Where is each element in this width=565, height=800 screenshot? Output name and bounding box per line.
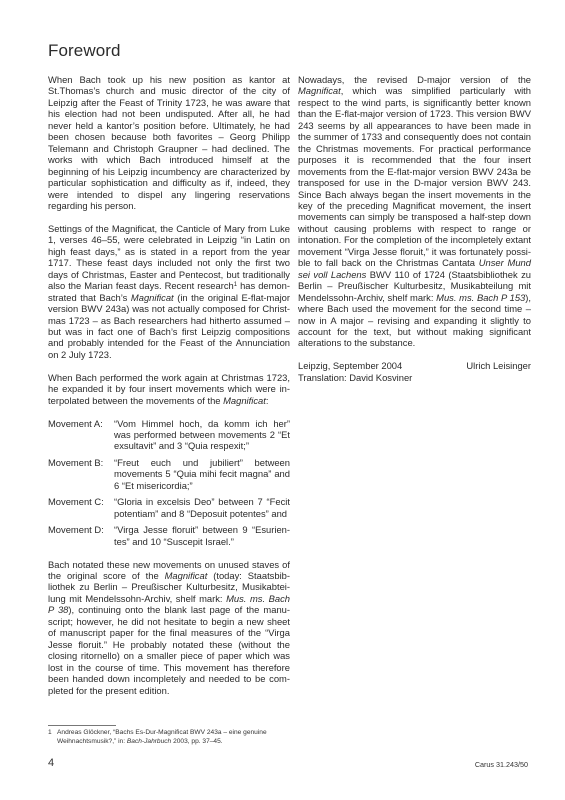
movement-text: “Freut euch und jubiliert” between movem… xyxy=(114,457,290,491)
author-name: Ulrich Leisinger xyxy=(466,360,531,371)
movement-item: Movement A: “Vom Himmel hoch, da komm ic… xyxy=(48,418,290,452)
italic-title: Bach-Jahrbuch xyxy=(127,738,171,745)
footnote-number: 1 xyxy=(48,729,57,746)
movement-item: Movement D: “Virga Jesse floruit” betwee… xyxy=(48,524,290,547)
movement-list: Movement A: “Vom Himmel hoch, da komm ic… xyxy=(48,418,290,548)
text-run: 2003, pp. 37–45. xyxy=(171,738,222,745)
left-column: When Bach took up his new position as ka… xyxy=(48,74,290,707)
right-column: Nowadays, the revised D-major version of… xyxy=(298,74,531,383)
paragraph-christmas: When Bach performed the work again at Ch… xyxy=(48,372,290,406)
movement-label: Movement B: xyxy=(48,457,114,491)
movement-item: Movement B: “Freut euch und jubiliert” b… xyxy=(48,457,290,491)
text-run: : xyxy=(266,395,269,406)
paragraph-intro: When Bach took up his new position as ka… xyxy=(48,74,290,211)
italic-title: Magnificat xyxy=(298,85,341,96)
movement-label: Movement A: xyxy=(48,418,114,452)
movement-text: “Vom Himmel hoch, da komm ich her” was p… xyxy=(114,418,290,452)
movement-label: Movement D: xyxy=(48,524,114,547)
italic-title: Magnificat xyxy=(165,570,208,581)
movement-text: “Gloria in excelsis Deo” between 7 “Feci… xyxy=(114,496,290,519)
translator-credit: Translation: David Kosviner xyxy=(298,372,531,383)
paragraph-notation: Bach notated these new movements on unus… xyxy=(48,559,290,696)
movement-text: “Virga Jesse floruit” between 9 “Esurien… xyxy=(114,524,290,547)
movement-item: Movement C: “Gloria in excelsis Deo” bet… xyxy=(48,496,290,519)
page-number: 4 xyxy=(48,757,54,769)
signature-line: Leipzig, September 2004 Ulrich Leisinger xyxy=(298,360,531,371)
movement-label: Movement C: xyxy=(48,496,114,519)
page-title: Foreword xyxy=(48,41,121,61)
italic-title: Magnificat xyxy=(131,292,174,303)
footnote-text: Andreas Glöckner, “Bachs Es-Dur-Magnific… xyxy=(57,729,288,746)
paragraph-d-major-version: Nowadays, the revised D-major version of… xyxy=(298,74,531,349)
italic-shelfmark: Mus. ms. Bach P 153 xyxy=(436,292,525,303)
footnote-divider xyxy=(48,725,116,726)
footnote: 1 Andreas Glöckner, “Bachs Es-Dur-Magnif… xyxy=(48,729,288,746)
place-date: Leipzig, September 2004 xyxy=(298,360,402,371)
text-run: , which was simplified particularly with… xyxy=(298,85,531,268)
paragraph-magnificat-settings: Settings of the Magnificat, the Canticle… xyxy=(48,223,290,360)
italic-title: Magnificat xyxy=(223,395,266,406)
text-run: Nowadays, the revised D-major version of… xyxy=(298,74,531,85)
text-run: ), continuing onto the blank last page o… xyxy=(48,604,290,695)
catalog-number: Carus 31.243/50 xyxy=(475,760,528,769)
